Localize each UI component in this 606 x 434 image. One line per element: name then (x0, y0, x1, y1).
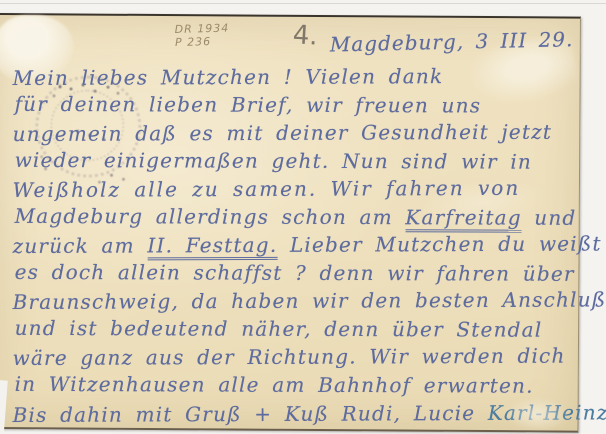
letter-line: Mein liebes Mutzchen ! Vielen dank (13, 62, 565, 92)
line-segment: Magdeburg allerdings schon am (15, 204, 406, 229)
letter-line: Bis dahin mit Gruß + Kuß Rudi, Lucie Kar… (13, 399, 565, 429)
paper-damage-bottom-left (0, 380, 8, 434)
line-segment: für deinen lieben Brief, wir freuen uns (15, 92, 482, 118)
letter-line: zurück am II. Festtag. Lieber Mutzchen d… (13, 230, 565, 260)
line-segment: in Witzenhausen alle am Bahnhof erwarten… (15, 372, 534, 398)
letter-line: für deinen lieben Brief, wir freuen uns (15, 90, 567, 120)
letter-body: Mein liebes Mutzchen ! Vielen dank für d… (13, 63, 565, 428)
line-segment: Braunschweig, da haben wir den besten An… (13, 287, 606, 314)
line-segment: Mein liebes Mutzchen ! Vielen dank (13, 64, 444, 90)
line-segment: Bis dahin mit Gruß + Kuß Rudi, Lucie (13, 401, 488, 427)
letter-line: wieder einigermaßen geht. Nun sind wir i… (15, 146, 567, 176)
line-segment: Weißholz alle zu samen. Wir fahren von (13, 176, 521, 202)
letter-line: in Witzenhausen alle am Bahnhof erwarten… (15, 370, 567, 400)
letter-line: ungemein daß es mit deiner Gesundheit je… (13, 118, 565, 148)
line-segment: es doch allein schaffst ? denn wir fahre… (15, 260, 575, 286)
catalog-note-line1: DR 1934 (175, 21, 230, 36)
letter-line: Braunschweig, da haben wir den besten An… (13, 286, 565, 316)
letter-line: Magdeburg allerdings schon am Karfreitag… (15, 202, 567, 232)
scanned-postcard: DR 1934 P 236 4. Magdeburg, 3 III 29. Me… (0, 0, 606, 434)
letter-line: Weißholz alle zu samen. Wir fahren von (13, 174, 565, 204)
catalog-note-line2: P 236 (175, 34, 230, 49)
line-segment: wieder einigermaßen geht. Nun sind wir i… (15, 148, 533, 174)
line-segment: zurück am (13, 233, 148, 258)
line-segment-accent: Karl-Heinz (488, 400, 606, 425)
line-segment: wäre ganz aus der Richtung. Wir werden d… (13, 344, 566, 370)
postcard: DR 1934 P 236 4. Magdeburg, 3 III 29. Me… (0, 13, 581, 433)
dateline: Magdeburg, 3 III 29. (330, 27, 574, 56)
scan-artifact-line (0, 3, 606, 4)
page-number: 4. (292, 20, 319, 51)
line-segment: und ist bedeutend näher, denn über Stend… (15, 316, 543, 342)
line-segment: und (522, 206, 577, 230)
line-segment: Lieber Mutzchen du weißt (277, 231, 601, 256)
line-segment-underlined: Karfreitag (405, 205, 521, 232)
catalog-note: DR 1934 P 236 (175, 21, 230, 49)
letter-line: und ist bedeutend näher, denn über Stend… (15, 314, 567, 344)
letter-line: es doch allein schaffst ? denn wir fahre… (15, 258, 567, 288)
letter-line: wäre ganz aus der Richtung. Wir werden d… (13, 342, 565, 372)
line-segment: ungemein daß es mit deiner Gesundheit je… (13, 120, 553, 146)
line-segment-underlined: II. Festtag. (147, 233, 277, 261)
